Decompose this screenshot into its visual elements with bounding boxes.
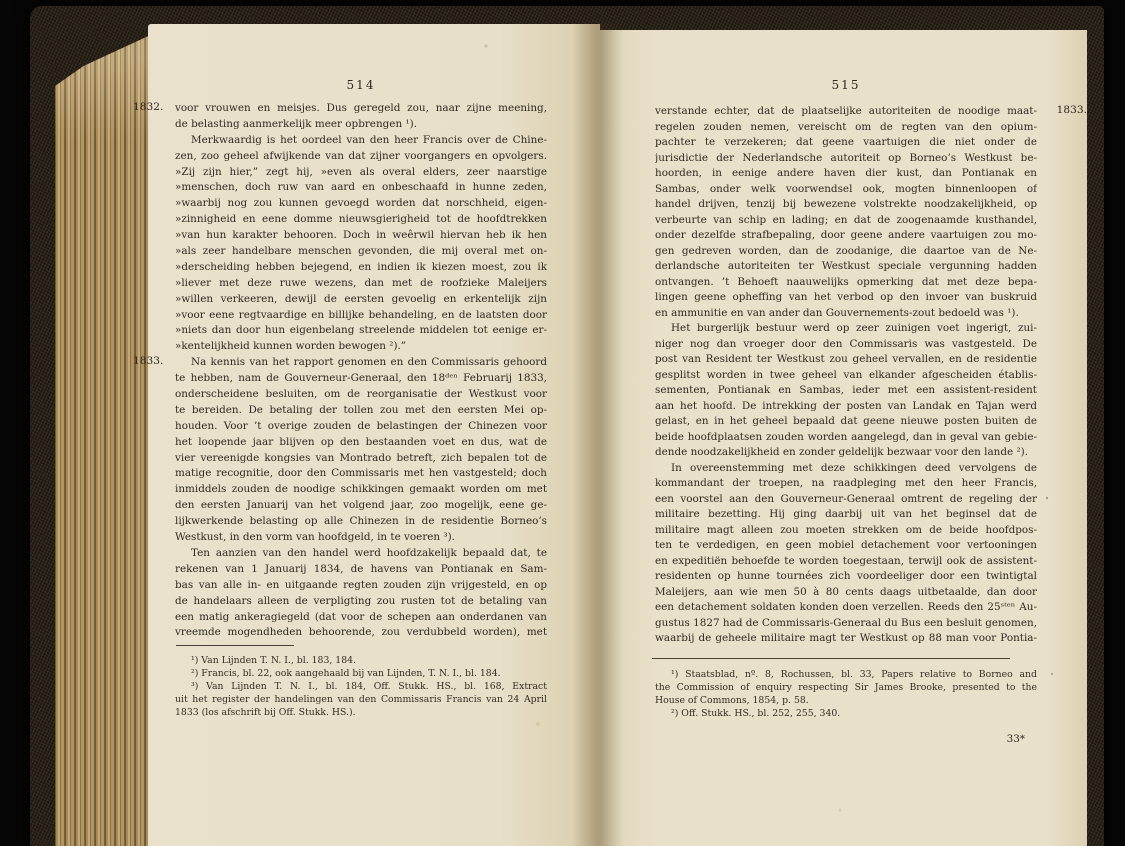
text-line: Het burgerlijk bestuur werd op zeer zuin… <box>655 321 1037 337</box>
text-line: »derscheiding hebben bejegend, en indien… <box>175 260 547 276</box>
text-line: Maleijers, aan wie men 50 à 80 cents daa… <box>655 585 1037 601</box>
text-line: post van Resident ter Westkust zou gehee… <box>655 352 1037 368</box>
text-line: lingen geene opheffing van het verbod op… <box>655 290 1037 306</box>
page-number-left: 514 <box>175 78 547 92</box>
text-line: houden. Voor ’t overige zouden de belast… <box>175 419 547 435</box>
text-line: In overeenstemming met deze schikkingen … <box>655 461 1037 477</box>
text-line: en expeditiën behoefde te worden toegest… <box>655 554 1037 570</box>
book-photo: 514 515 1832.voor vrouwen en meisjes. Du… <box>0 0 1125 846</box>
text-line: »willen verkeeren, dewijl de eersten gev… <box>175 292 547 308</box>
paragraph: In overeenstemming met deze schikkingen … <box>655 461 1037 647</box>
text-line: den eersten Januarij van het volgend jaa… <box>175 498 547 514</box>
paragraph: Het burgerlijk bestuur werd op zeer zuin… <box>655 321 1037 461</box>
paragraph: 1833.verstande echter, dat de plaatselij… <box>655 104 1037 321</box>
paragraph: 1832.voor vrouwen en meisjes. Dus gerege… <box>175 101 547 133</box>
text-line: Sambas, onder welk voorwendsel ook, mogt… <box>655 182 1037 198</box>
text-line: residenten op hunne tournées zich voorde… <box>655 569 1037 585</box>
text-line: het loopende jaar blijven op den bestaan… <box>175 435 547 451</box>
text-line: onderscheidene besluiten, om de reorgani… <box>175 387 547 403</box>
text-line: the Commission of enquiry respecting Sir… <box>655 681 1037 694</box>
text-line: »van hun karakter behooren. Doch in weêr… <box>175 228 547 244</box>
text-line: zen, zoo geheel afwijkende van dat zijne… <box>175 149 547 165</box>
text-line: 1833 (los afschrift bij Off. Stukk. HS.)… <box>175 706 547 719</box>
text-line: vreemde mogendheden behoorende, zou verd… <box>175 625 547 641</box>
signature-mark: 33* <box>655 733 1025 745</box>
text-line: beide hoofdplaatsen zouden worden aangel… <box>655 430 1037 446</box>
text-line: ontvangen. ’t Behoeft naauwelijks opmerk… <box>655 275 1037 291</box>
text-line: gelast, en in het geheel bepaald dat gee… <box>655 414 1037 430</box>
text-line: vier vereenigde kongsies van Montrado be… <box>175 451 547 467</box>
text-line: kommandant der troepen, na raadpleging m… <box>655 476 1037 492</box>
text-line: militaire bezetting. Hij ging daarbij ui… <box>655 507 1037 523</box>
text-line: pachter te verzekeren; dat geene vaartui… <box>655 135 1037 151</box>
text-line: voor vrouwen en meisjes. Dus geregeld zo… <box>175 101 547 117</box>
text-line: een detachement soldaten konden doen ver… <box>655 600 1037 616</box>
text-line: ³) Van Lijnden T. N. I., bl. 184, Off. S… <box>175 680 547 693</box>
text-line: ¹) Staatsblad, nº. 8, Rochussen, bl. 33,… <box>655 668 1037 681</box>
text-line: verstande echter, dat de plaatselijke au… <box>655 104 1037 120</box>
text-line: uit het register der handelingen van den… <box>175 693 547 706</box>
page-edges-stack <box>55 20 157 846</box>
text-line: en ammunitie en van ander dan Gouverneme… <box>655 306 1037 322</box>
text-line: aan het hoofd. De intrekking der posten … <box>655 399 1037 415</box>
footnotes-right: ¹) Staatsblad, nº. 8, Rochussen, bl. 33,… <box>655 668 1037 720</box>
text-line: ²) Off. Stukk. HS., bl. 252, 255, 340. <box>655 707 1037 720</box>
text-line: sementen, Pontianak en Sambas, ieder met… <box>655 383 1037 399</box>
text-line: »waarbij nog zou kunnen gevoegd worden d… <box>175 196 547 212</box>
text-line: »als zeer handelbare menschen gevonden, … <box>175 244 547 260</box>
text-line: Merkwaardig is het oordeel van den heer … <box>175 133 547 149</box>
text-line: dende noodzakelijkheid en zonder geldeli… <box>655 445 1037 461</box>
text-line: jurisdictie der Nederlandsche autoriteit… <box>655 151 1037 167</box>
text-line: »niets dan door hun eigenbelang streelen… <box>175 323 547 339</box>
text-line: Ten aanzien van den handel werd hoofdzak… <box>175 546 547 562</box>
text-line: ¹) Van Lijnden T. N. I., bl. 183, 184. <box>175 654 547 667</box>
text-line: derlandsche autoriteiten ter Westkust sp… <box>655 259 1037 275</box>
text-line: ten te verdedigen, en geen mobiel detach… <box>655 538 1037 554</box>
text-line: Na kennis van het rapport genomen en den… <box>175 355 547 371</box>
text-line: de handelaars alleen de verpligting zou … <box>175 594 547 610</box>
text-line: »menschen, doch ruw van aard en onbescha… <box>175 180 547 196</box>
paragraph: ¹) Van Lijnden T. N. I., bl. 183, 184. <box>175 654 547 667</box>
text-line: inmiddels zouden de noodige schikkingen … <box>175 482 547 498</box>
text-line: Westkust, in den vorm van hoofdgeld, in … <box>175 530 547 546</box>
left-page-body: 1832.voor vrouwen en meisjes. Dus gerege… <box>175 101 547 641</box>
text-line: matige recognitie, door den Commissaris … <box>175 466 547 482</box>
text-line: militaire magt alleen zou moeten strekke… <box>655 523 1037 539</box>
text-line: ²) Francis, bl. 22, ook aangehaald bij v… <box>175 667 547 680</box>
text-line: gesplitst worden in twee geheel van elka… <box>655 368 1037 384</box>
text-line: een voorstel aan den Gouverneur-Generaal… <box>655 492 1037 508</box>
text-line: bas van alle in- en uitgaande regten zou… <box>175 578 547 594</box>
text-line: regelen zouden nemen, vereischt om de re… <box>655 120 1037 136</box>
right-page-body: 1833.verstande echter, dat de plaatselij… <box>655 104 1037 647</box>
text-line: »zinnigheid en eene domme nieuwsgierighe… <box>175 212 547 228</box>
footnotes-left: ¹) Van Lijnden T. N. I., bl. 183, 184.²)… <box>175 654 547 719</box>
text-line: »Zij zijn hier,” zegt hij, »even als ove… <box>175 165 547 181</box>
text-line: hoorden, in eenige andere haven dier kus… <box>655 166 1037 182</box>
page-number-right: 515 <box>655 78 1037 92</box>
text-line: gustus 1827 had de Commissaris-Generaal … <box>655 616 1037 632</box>
text-line: House of Commons, 1854, p. 58. <box>655 694 1037 707</box>
text-line: lijkwerkende belasting op alle Chinezen … <box>175 514 547 530</box>
text-line: rekenen van 1 Januarij 1834, de havens v… <box>175 562 547 578</box>
paragraph: Merkwaardig is het oordeel van den heer … <box>175 133 547 355</box>
text-line: handel drijven, tenzij bij bewezene vols… <box>655 197 1037 213</box>
paragraph: Ten aanzien van den handel werd hoofdzak… <box>175 546 547 641</box>
text-line: »voor eene regtvaardige en billijke beha… <box>175 308 547 324</box>
text-line: te bereiden. De betaling der tollen zou … <box>175 403 547 419</box>
text-line: te hebben, nam de Gouverneur-Generaal, d… <box>175 371 547 387</box>
paragraph: 1833.Na kennis van het rapport genomen e… <box>175 355 547 546</box>
margin-year: 1833. <box>133 355 163 367</box>
book-gutter-shadow <box>572 24 624 846</box>
paragraph: ²) Francis, bl. 22, ook aangehaald bij v… <box>175 667 547 680</box>
text-line: een matig ankeragiegeld (dat voor de sch… <box>175 610 547 626</box>
text-line: »liever met deze ruwe wezens, dan met de… <box>175 276 547 292</box>
paragraph: ³) Van Lijnden T. N. I., bl. 184, Off. S… <box>175 680 547 719</box>
text-line: verbeurte van schip en lading; en dat de… <box>655 213 1037 229</box>
text-line: »kentelijkheid kunnen worden bewogen ²).… <box>175 339 547 355</box>
text-line: waarbij de geheele militaire magt ter We… <box>655 631 1037 647</box>
paragraph: ²) Off. Stukk. HS., bl. 252, 255, 340. <box>655 707 1037 720</box>
text-line: gen gedreven worden, dan de zoodanige, d… <box>655 244 1037 260</box>
text-line: onder dezelfde strafbepaling, door geene… <box>655 228 1037 244</box>
text-line: niger nog dan vroeger door den Commissar… <box>655 337 1037 353</box>
footnote-rule-left <box>176 645 294 646</box>
text-line: de belasting aanmerkelijk meer opbrengen… <box>175 117 547 133</box>
margin-year: 1832. <box>133 101 163 113</box>
paragraph: ¹) Staatsblad, nº. 8, Rochussen, bl. 33,… <box>655 668 1037 707</box>
margin-year: 1833. <box>1057 104 1087 116</box>
footnote-rule-right <box>652 658 1010 659</box>
